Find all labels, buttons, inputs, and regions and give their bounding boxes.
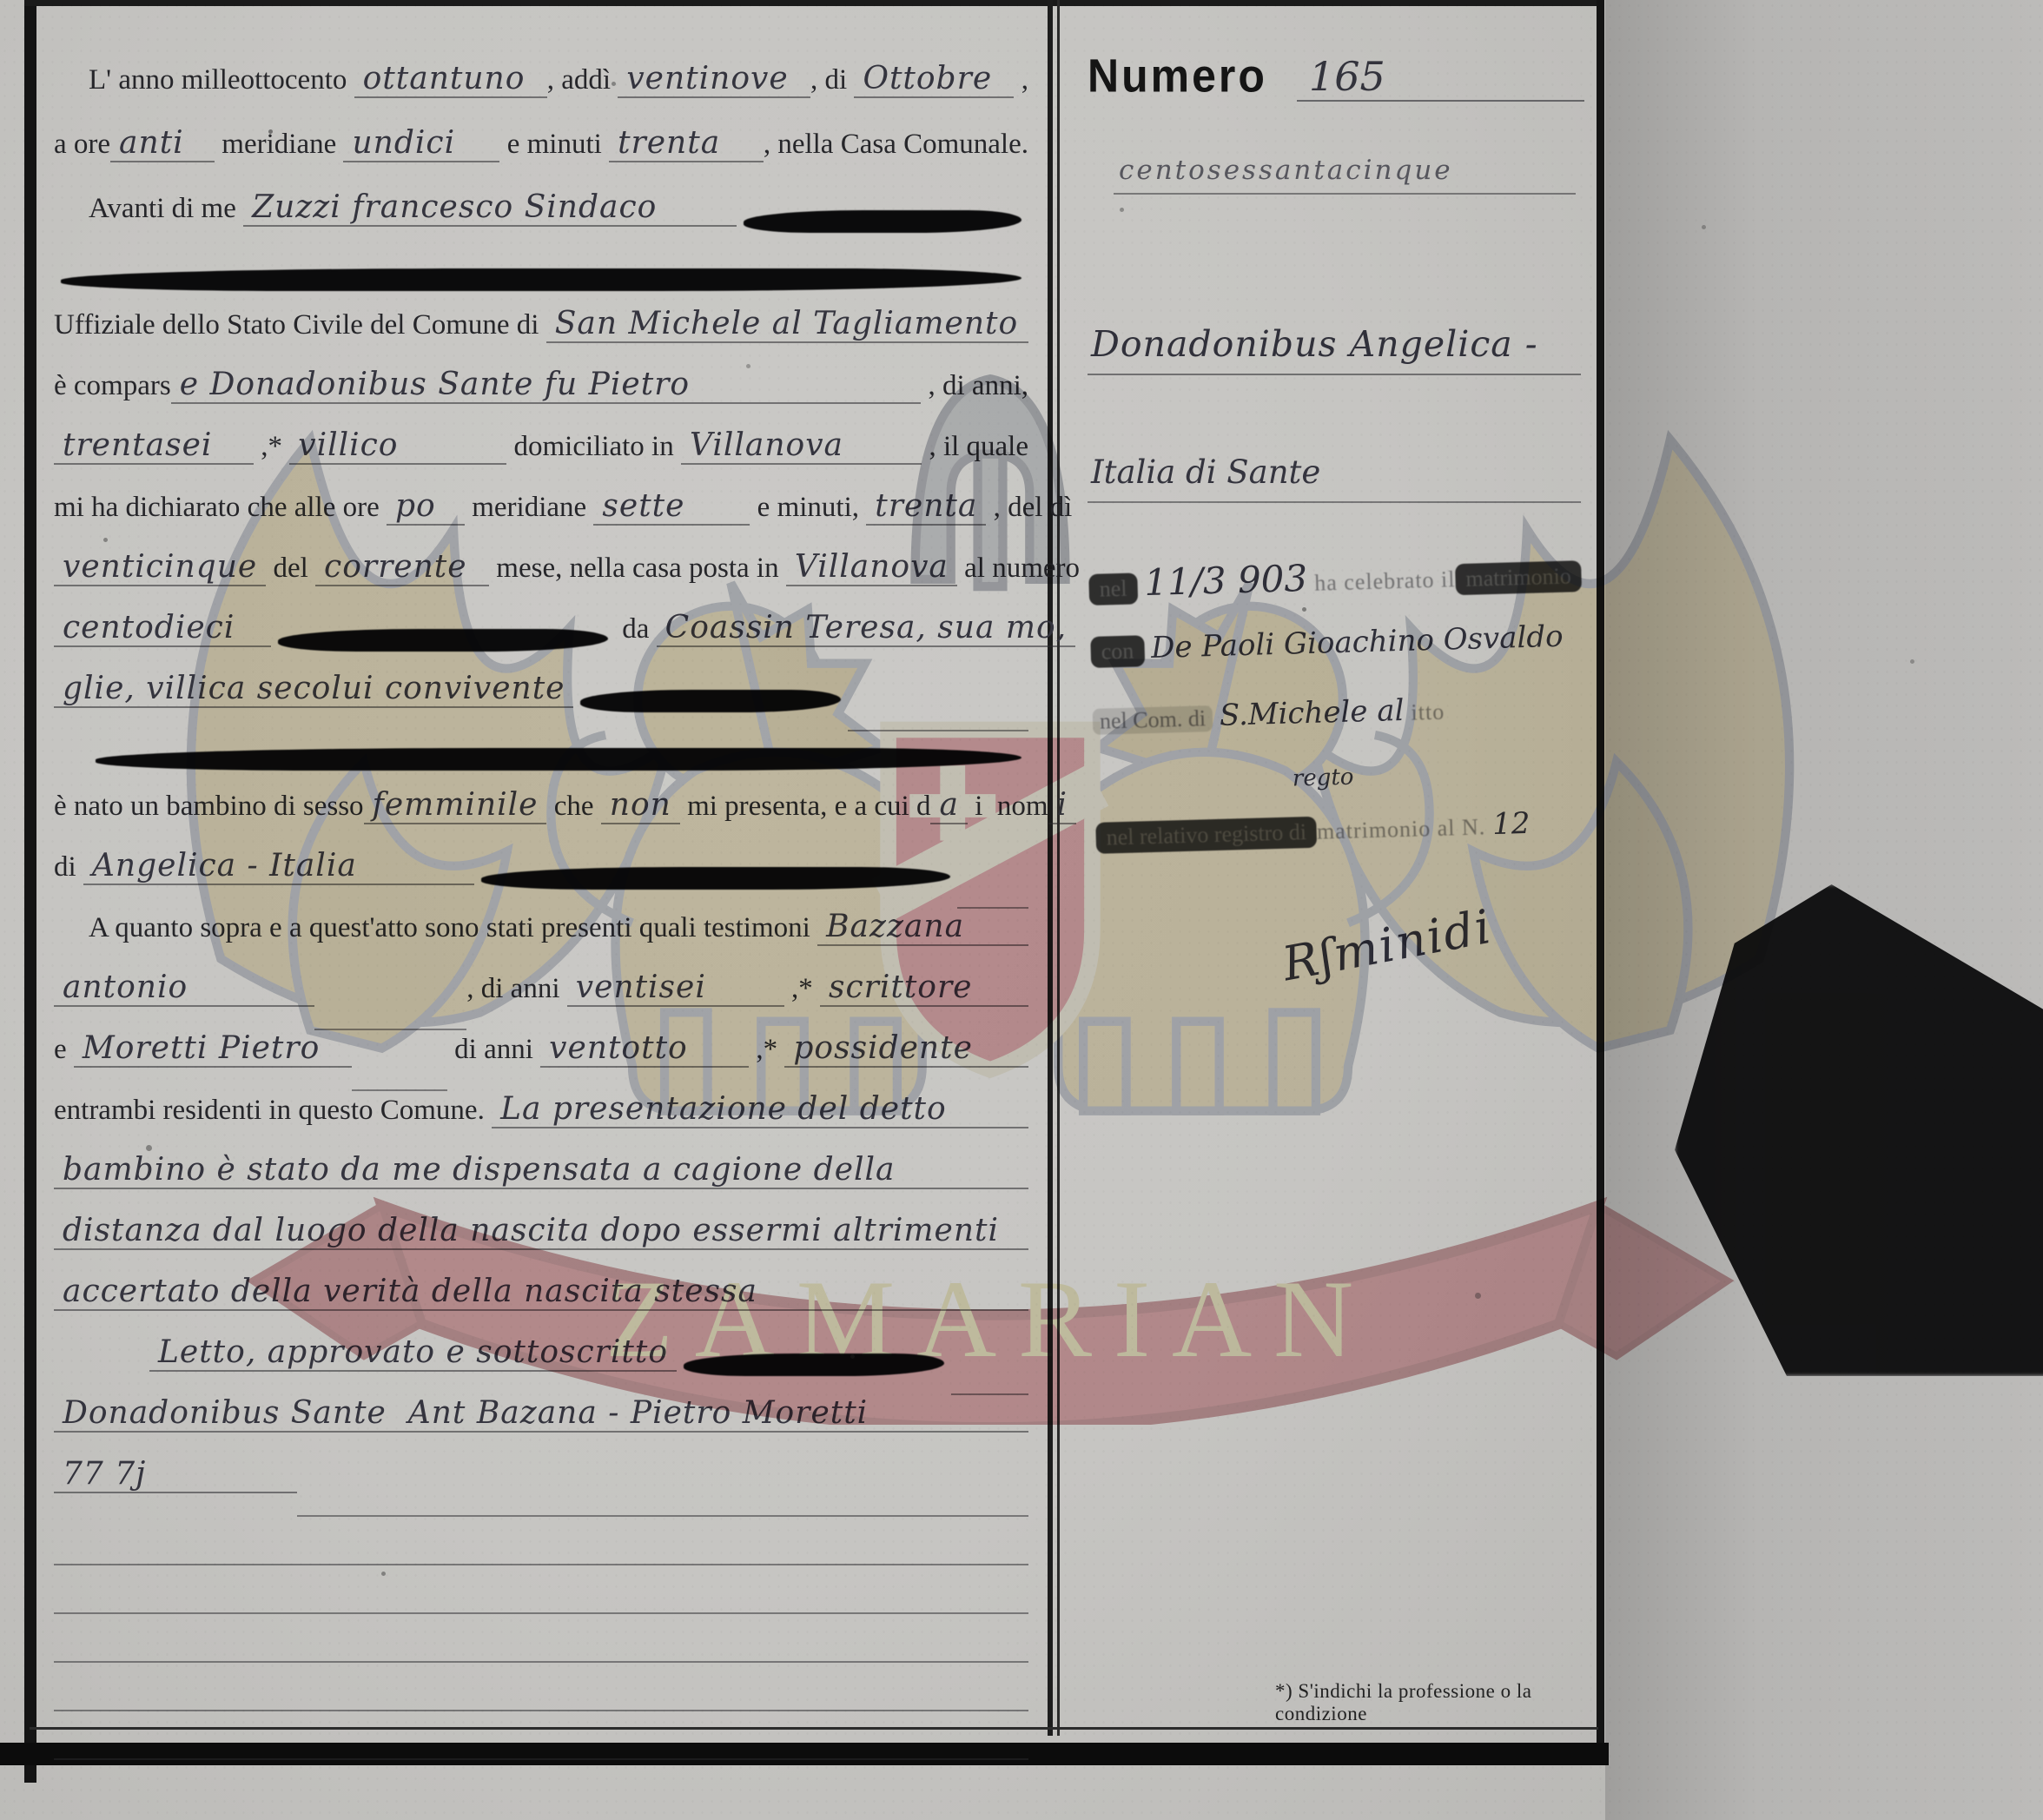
printed-text: e minuti bbox=[499, 129, 609, 161]
page-border-right bbox=[1597, 0, 1604, 1765]
act-line: mi ha dichiarato che alle ore po meridia… bbox=[54, 488, 1028, 549]
printed-text: di anni bbox=[447, 1034, 540, 1066]
act-line: è comparse Donadonibus Sante fu Pietro ,… bbox=[54, 367, 1028, 427]
profession-footnote: *) S'indichi la professione o la condizi… bbox=[1275, 1680, 1584, 1725]
handwritten-text: Coassin Teresa, sua mo, bbox=[657, 610, 1075, 647]
page-border-left bbox=[24, 0, 36, 1783]
handwritten-text: bambino è stato da me dispensata a cagio… bbox=[54, 1152, 1028, 1189]
handwritten-text: Ottobre bbox=[854, 61, 1014, 98]
printed-text: e bbox=[54, 1034, 74, 1066]
printed-text: è compars bbox=[54, 370, 171, 402]
act-line bbox=[54, 254, 1028, 306]
handwritten-text: venticinque bbox=[54, 549, 266, 586]
redaction-bar bbox=[580, 690, 841, 712]
act-line bbox=[54, 1663, 1028, 1711]
printed-text: , bbox=[1014, 64, 1028, 96]
act-line: è nato un bambino di sessofemminile che … bbox=[54, 787, 1028, 848]
act-line: entrambi residenti in questo Comune. La … bbox=[54, 1091, 1028, 1152]
printed-text: e minuti, bbox=[750, 492, 866, 524]
stamp-smudged-text: nel bbox=[1088, 572, 1138, 606]
printed-text: domiciliato in bbox=[506, 431, 681, 463]
handwritten-text: non bbox=[601, 787, 680, 824]
act-line: di Angelica - Italia bbox=[54, 848, 1028, 909]
handwritten-text: e Donadonibus Sante fu Pietro bbox=[171, 367, 922, 404]
blank-line bbox=[848, 719, 1028, 731]
printed-text: , del dì bbox=[986, 492, 1072, 524]
act-line: centodieci da Coassin Teresa, sua mo, bbox=[54, 610, 1028, 671]
act-line: trentasei ,* villico domiciliato in Vill… bbox=[54, 427, 1028, 488]
act-line: accertato della verità della nascita ste… bbox=[54, 1274, 1028, 1334]
handwritten-text: San Michele al Tagliamento bbox=[546, 306, 1028, 343]
printed-text: a ore bbox=[54, 129, 110, 161]
handwritten-text: ventinove bbox=[618, 61, 810, 98]
printed-text: , addì bbox=[547, 64, 618, 96]
paper-speckles bbox=[0, 0, 3, 3]
handwritten-text: Donadonibus Sante Ant Bazana - Pietro Mo… bbox=[54, 1395, 1028, 1433]
handwritten-text: trenta bbox=[609, 125, 764, 162]
act-line: A quanto sopra e a quest'atto sono stati… bbox=[54, 909, 1028, 970]
handwritten-text: Letto, approvato e sottoscritto bbox=[149, 1334, 677, 1372]
blank-line bbox=[54, 1553, 1028, 1565]
blank-line bbox=[54, 1699, 1028, 1711]
printed-text: ,* bbox=[784, 973, 820, 1005]
handwritten-text: 77 7j bbox=[54, 1456, 297, 1493]
printed-text: , nella Casa Comunale. bbox=[764, 129, 1028, 161]
child-name-annotation: Donadonibus Angelica - bbox=[1088, 323, 1581, 375]
act-line: glie, villica secolui convivente bbox=[54, 671, 1028, 731]
printed-text: mese, nella casa posta in bbox=[489, 553, 786, 585]
printed-text: entrambi residenti in questo Comune. bbox=[54, 1095, 492, 1127]
handwritten-text: ottantuno bbox=[354, 61, 547, 98]
handwritten-text: Villanova bbox=[681, 427, 922, 465]
act-line bbox=[54, 731, 1028, 787]
numero-blank-line bbox=[1398, 96, 1584, 102]
printed-text: del bbox=[266, 553, 315, 585]
printed-text: ,* bbox=[254, 431, 289, 463]
blank-line bbox=[352, 1079, 447, 1091]
act-line: 77 7j bbox=[54, 1456, 1028, 1517]
handwritten-text: Villanova bbox=[786, 549, 957, 586]
printed-text: , di anni, bbox=[921, 370, 1028, 402]
act-line: Avanti di me Zuzzi francesco Sindaco bbox=[54, 189, 1028, 254]
stamp-handwritten-comune: S.Michele al bbox=[1212, 693, 1412, 733]
act-line: a oreanti meridiane undici e minuti tren… bbox=[54, 125, 1028, 189]
child-name-annotation-2: Italia di Sante bbox=[1088, 453, 1581, 503]
printed-text: Avanti di me bbox=[89, 193, 243, 225]
blank-line bbox=[951, 1383, 1028, 1395]
blank-line bbox=[957, 897, 1028, 909]
stamp-faded-text: itto bbox=[1411, 699, 1445, 726]
act-column: L' anno milleottocento ottantuno, addì v… bbox=[54, 61, 1028, 1760]
printed-text: è nato un bambino di sesso bbox=[54, 791, 364, 823]
stamp-smudged-text: nel relativo registro di bbox=[1095, 817, 1317, 854]
act-line: venticinque del corrente mese, nella cas… bbox=[54, 549, 1028, 610]
blank-line bbox=[54, 1748, 1028, 1760]
stamp-faded-text: ha celebrato il bbox=[1314, 566, 1456, 597]
stamp-line: nel relativo registro di matrimonio al N… bbox=[1095, 804, 1589, 888]
blank-line bbox=[54, 1651, 1028, 1663]
printed-text: A quanto sopra e a quest'atto sono stati… bbox=[89, 912, 817, 944]
handwritten-text: distanza dal luogo della nascita dopo es… bbox=[54, 1213, 1028, 1250]
printed-text: meridiane bbox=[465, 492, 593, 524]
numero-label: Numero bbox=[1088, 49, 1267, 103]
act-line: e Moretti Pietro di anni ventotto ,* pos… bbox=[54, 1030, 1028, 1091]
redaction-bar bbox=[481, 867, 950, 890]
printed-text: Uffiziale dello Stato Civile del Comune … bbox=[54, 309, 546, 341]
numero-in-words-handwritten: centosessantacinque bbox=[1114, 155, 1576, 195]
act-line: bambino è stato da me dispensata a cagio… bbox=[54, 1152, 1028, 1213]
act-line: antonio, di anni ventisei ,* scrittore bbox=[54, 970, 1028, 1030]
printed-text: , il quale bbox=[922, 431, 1028, 463]
blank-line bbox=[54, 1602, 1028, 1614]
act-line bbox=[54, 1711, 1028, 1760]
stamp-handwritten-note: regto bbox=[1286, 764, 1361, 791]
handwritten-text: i bbox=[1048, 787, 1077, 824]
act-line: Donadonibus Sante Ant Bazana - Pietro Mo… bbox=[54, 1395, 1028, 1456]
numero-value-handwritten: 165 bbox=[1297, 53, 1398, 102]
printed-text: i nom bbox=[968, 791, 1048, 823]
handwritten-text: po bbox=[387, 488, 465, 526]
handwritten-text: a bbox=[930, 787, 967, 824]
marriage-stamp: nel 11/3 903 ha celebrato il matrimonio … bbox=[1088, 549, 1589, 888]
handwritten-text: femminile bbox=[364, 787, 547, 824]
printed-text: di bbox=[54, 851, 83, 884]
margin-column: Numero 165 centosessantacinque Donadonib… bbox=[1088, 0, 1584, 1820]
stamp-faded-text: matrimonio al N. bbox=[1317, 814, 1486, 844]
printed-text: ,* bbox=[749, 1034, 784, 1066]
stamp-smudged-text: matrimonio bbox=[1455, 560, 1582, 595]
handwritten-text: undici bbox=[343, 125, 499, 162]
redaction-bar bbox=[684, 1353, 944, 1376]
act-line: Uffiziale dello Stato Civile del Comune … bbox=[54, 306, 1028, 367]
redaction-bar bbox=[96, 748, 1021, 771]
redaction-bar bbox=[744, 210, 1021, 233]
printed-text: mi presenta, e a cui d bbox=[680, 791, 931, 823]
act-line: L' anno milleottocento ottantuno, addì v… bbox=[54, 61, 1028, 125]
act-line: distanza dal luogo della nascita dopo es… bbox=[54, 1213, 1028, 1274]
handwritten-text: trentasei bbox=[54, 427, 254, 465]
handwritten-text: Moretti Pietro bbox=[74, 1030, 352, 1068]
column-divider-thin bbox=[1057, 0, 1060, 1736]
stamp-faded-text: nel Com. di bbox=[1093, 705, 1213, 735]
handwritten-text: sette bbox=[593, 488, 750, 526]
handwritten-text: villico bbox=[289, 427, 506, 465]
act-line bbox=[54, 1614, 1028, 1663]
act-line bbox=[54, 1517, 1028, 1565]
stamp-handwritten-register-number: 12 bbox=[1485, 806, 1537, 843]
act-line: Letto, approvato e sottoscritto bbox=[54, 1334, 1028, 1395]
printed-text: , di anni bbox=[466, 973, 566, 1005]
act-line bbox=[54, 1565, 1028, 1614]
handwritten-text: Angelica - Italia bbox=[83, 848, 474, 885]
stamp-smudged-text: con bbox=[1090, 635, 1145, 668]
handwritten-text: ventotto bbox=[540, 1030, 749, 1068]
handwritten-text: anti bbox=[110, 125, 215, 162]
handwritten-text: centodieci bbox=[54, 610, 271, 647]
printed-text: al numero bbox=[957, 553, 1080, 585]
handwritten-text: Zuzzi francesco Sindaco bbox=[243, 189, 737, 227]
blank-line bbox=[297, 1505, 1028, 1517]
handwritten-text: scrittore bbox=[820, 970, 1028, 1007]
handwritten-text: ventisei bbox=[567, 970, 784, 1007]
printed-text: , di bbox=[810, 64, 854, 96]
blank-line bbox=[314, 1018, 466, 1030]
handwritten-text: Bazzana bbox=[817, 909, 1028, 946]
document-scan: L' anno milleottocento ottantuno, addì v… bbox=[0, 0, 2043, 1820]
stamp-handwritten-date: 11/3 903 bbox=[1137, 557, 1315, 605]
handwritten-text: trenta bbox=[866, 488, 986, 526]
printed-text: meridiane bbox=[215, 129, 343, 161]
handwritten-text: antonio bbox=[54, 970, 314, 1007]
printed-text: L' anno milleottocento bbox=[89, 64, 354, 96]
printed-text: che bbox=[546, 791, 600, 823]
handwritten-text: glie, villica secolui convivente bbox=[54, 671, 573, 708]
redaction-bar bbox=[278, 629, 608, 652]
printed-text: da bbox=[615, 613, 657, 645]
numero-row: Numero 165 bbox=[1088, 50, 1584, 102]
column-divider bbox=[1048, 0, 1053, 1736]
redaction-bar bbox=[61, 268, 1021, 291]
handwritten-text: La presentazione del detto bbox=[492, 1091, 1028, 1128]
handwritten-text: corrente bbox=[315, 549, 489, 586]
official-signature-scribble: Rʃminidi bbox=[1279, 899, 1497, 992]
handwritten-text: possidente bbox=[784, 1030, 1028, 1068]
handwritten-text: accertato della verità della nascita ste… bbox=[54, 1274, 1028, 1311]
printed-text: mi ha dichiarato che alle ore bbox=[54, 492, 387, 524]
